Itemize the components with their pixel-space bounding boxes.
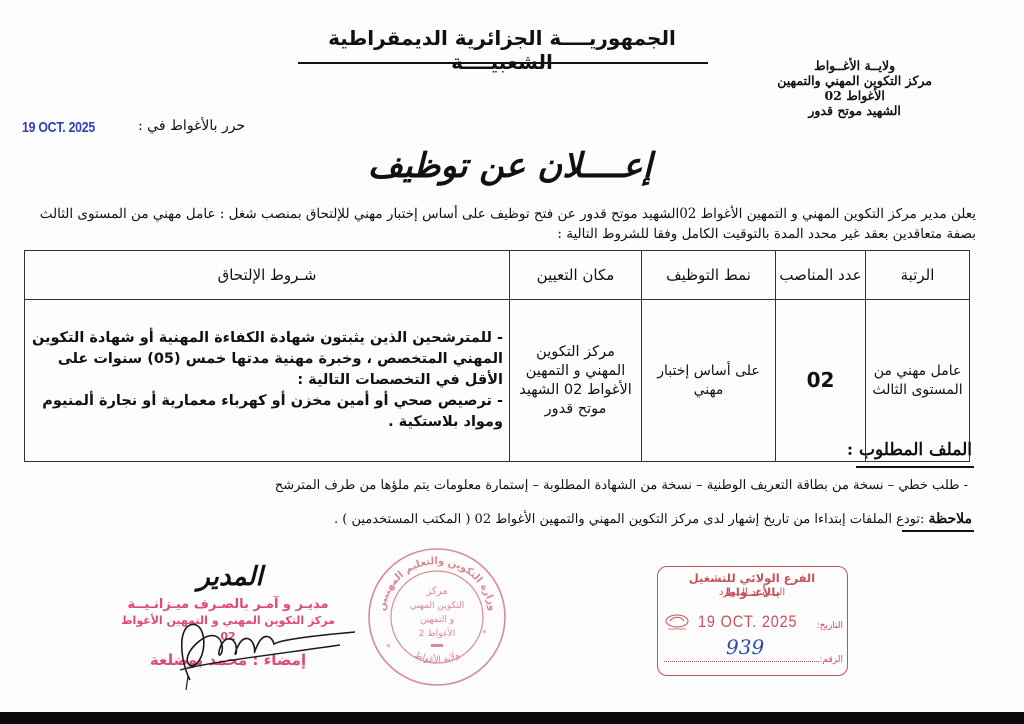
incoming-mail-stamp: الفرع الولائي للتشغيل بالأغــواط البــري… [657, 566, 848, 676]
note-text: :تودع الملفات إبتداءا من تاريخ إشهار لدى… [334, 512, 928, 527]
header-place: مكان التعيين [510, 251, 642, 300]
organization-block: ولايــة الأغــواط مركز التكوين المهني وا… [777, 58, 932, 118]
org-line: الأغواط 02 [777, 88, 932, 103]
cell-rank: عامل مهني من المستوى الثالث [866, 300, 970, 462]
cell-positions: 02 [776, 300, 866, 462]
header-rank: الرتبة [866, 251, 970, 300]
svg-text:مركز: مركز [425, 586, 447, 597]
svg-text:*: * [482, 629, 487, 639]
stamp-date: 19 OCT. 2025 [698, 612, 797, 632]
svg-text:التكوين المهني: التكوين المهني [410, 601, 465, 611]
cell-place: مركز التكوين المهني و التمهين الأغواط 02… [510, 300, 642, 462]
signature-icon [150, 600, 360, 690]
stamp-dotted-line [664, 661, 819, 662]
cell-conditions: - للمترشحين الذين يثبتون شهادة الكفاءة ا… [25, 300, 510, 462]
condition-line: - للمترشحين الذين يثبتون شهادة الكفاءة ا… [31, 328, 503, 391]
note-underline [902, 530, 974, 532]
note-label: ملاحظة [929, 511, 973, 527]
heading-underline [298, 62, 708, 64]
positions-table: الرتبة عدد المناصب نمط التوظيف مكان التع… [24, 250, 970, 462]
page-title: إعــــلان عن توظيف [360, 146, 660, 186]
required-file-items: - طلب خطي – نسخة من بطاقة التعريف الوطني… [178, 476, 968, 496]
scan-bottom-edge [0, 712, 1024, 724]
intro-paragraph: يعلن مدير مركز التكوين المهني و التمهين … [26, 204, 976, 244]
stamp-subtitle: البــريــد الــوارد [667, 587, 837, 598]
org-line: الشهيد موتح قدور [777, 103, 932, 118]
svg-text:ولاية الأغواط: ولاية الأغواط [413, 650, 461, 665]
header-positions: عدد المناصب [776, 251, 866, 300]
note: ملاحظة :تودع الملفات إبتداءا من تاريخ إش… [172, 508, 972, 531]
required-file-underline [856, 466, 974, 468]
stamp-date-label: التاريخ: [817, 621, 843, 631]
republic-heading: الجمهوريــــة الجزائرية الديمقراطية الشع… [292, 26, 712, 74]
cell-mode: على أساس إختبار مهني [642, 300, 776, 462]
written-at-label: حرر بالأغواط في : [138, 118, 245, 134]
stamp-number-label: الرقم: [819, 655, 843, 665]
svg-text:الأغواط 2: الأغواط 2 [419, 627, 455, 639]
header-conditions: شـروط الإلتحاق [25, 251, 510, 300]
agency-logo-icon [664, 613, 690, 631]
director-title: المدير [160, 562, 300, 592]
svg-text:*: * [386, 643, 391, 653]
org-line: مركز التكوين المهني والتمهين [777, 73, 932, 88]
date-stamp: 19 OCT. 2025 [22, 119, 95, 136]
required-file-title: الملف المطلوب : [847, 440, 972, 460]
table-row: عامل مهني من المستوى الثالث 02 على أساس … [25, 300, 970, 462]
svg-text:و التمهين: و التمهين [420, 615, 454, 625]
round-stamp-icon: وزارة التكوين والتعليم المهنيين ولاية ال… [366, 546, 508, 688]
document-page: الجمهوريــــة الجزائرية الديمقراطية الشع… [0, 0, 1024, 712]
table-header-row: الرتبة عدد المناصب نمط التوظيف مكان التع… [25, 251, 970, 300]
org-line: ولايــة الأغــواط [777, 58, 932, 73]
condition-line: - ترصيص صحي أو أمين مخزن أو كهرباء معمار… [31, 391, 503, 433]
header-mode: نمط التوظيف [642, 251, 776, 300]
stamp-number: 939 [726, 635, 764, 659]
